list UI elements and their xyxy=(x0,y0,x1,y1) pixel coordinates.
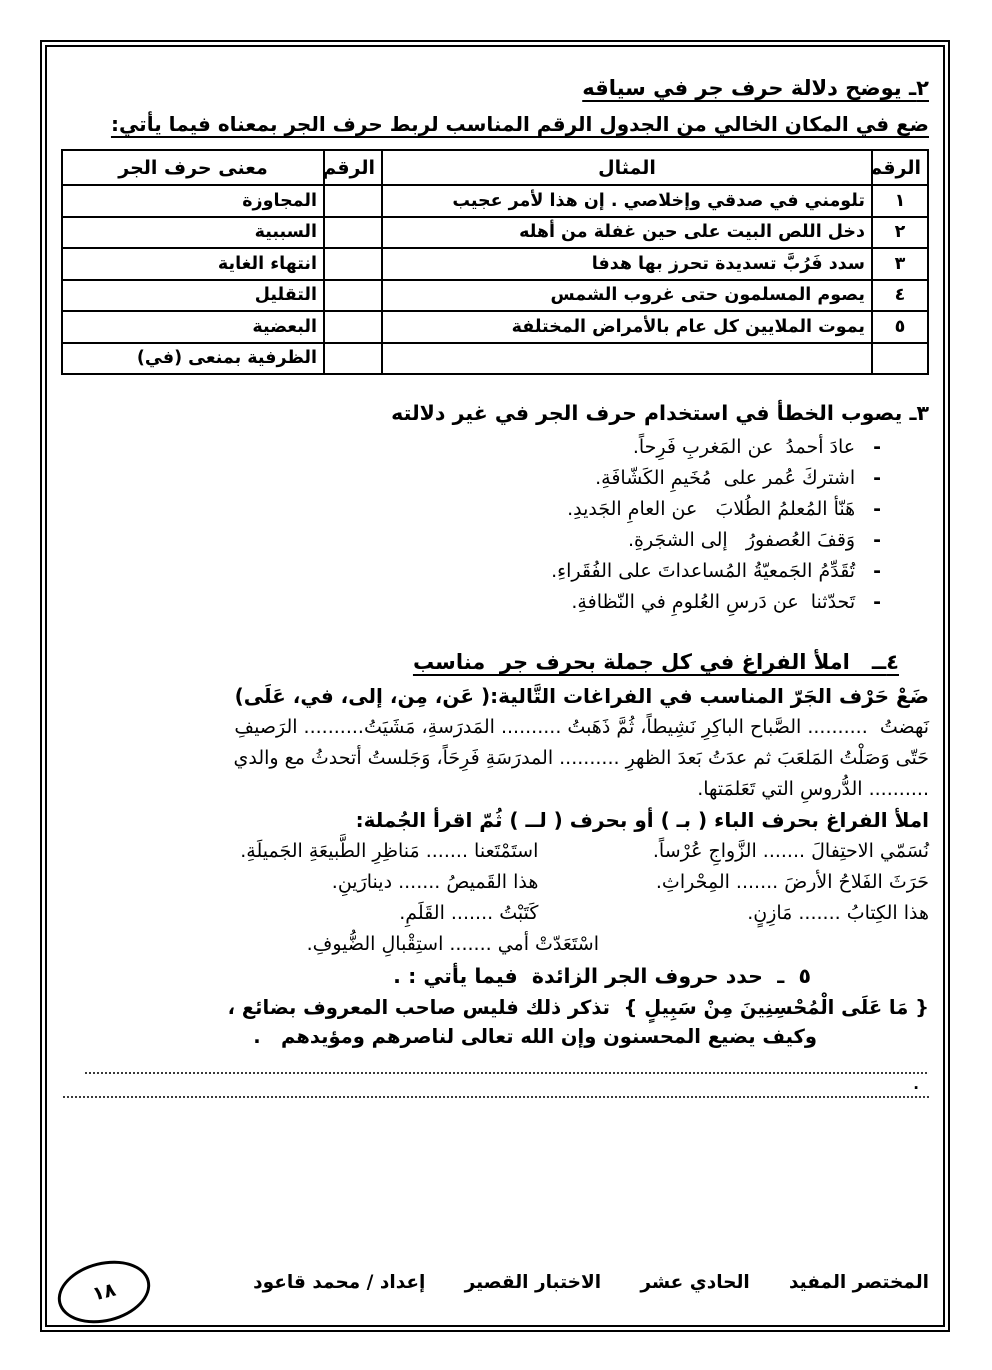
cell-number xyxy=(872,343,928,375)
cell-number: ٤ xyxy=(872,280,928,312)
section2-instruction: ضع في المكان الخالي من الجدول الرقم المن… xyxy=(61,108,929,141)
cell-answer-blank xyxy=(324,217,382,249)
fill-pair-row: نُسَمّي الاحتِفالَ ....... الزَّواجِ عُر… xyxy=(61,836,929,867)
cell-example: يموت الملايين كل عام بالأمراض المختلفة xyxy=(382,311,872,343)
fill-paragraph-line: حَتّى وَصَلْتُ المَلعَبَ ثم عدَتُ بَعدَ … xyxy=(61,743,929,774)
list-item: - عادَ أحمدُ عن المَغربِ فَرِحاً. xyxy=(61,432,881,463)
footer-item-series: المختصر المفيد xyxy=(789,1272,929,1293)
cell-meaning: التقليل xyxy=(62,280,324,312)
cell-number: ٣ xyxy=(872,248,928,280)
cell-answer-blank xyxy=(324,280,382,312)
cell-example xyxy=(382,343,872,375)
fill-sentence: اسْتَعَدّتْ أمي ....... استِقْبالِ الضُّ… xyxy=(61,929,599,959)
col-header-answer-number: الرقم xyxy=(324,150,382,185)
fill-sentence: نُسَمّي الاحتِفالَ ....... الزَّواجِ عُر… xyxy=(653,836,929,867)
section3-list: - عادَ أحمدُ عن المَغربِ فَرِحاً. - اشتر… xyxy=(61,432,929,618)
dash-marker: - xyxy=(873,494,881,525)
list-item-text: وَقفَ العُصفورُ إلى الشجَرةِ. xyxy=(628,525,855,556)
list-item-text: اشتركَ عُمر على مُخَيمِ الكَشّافَةِ. xyxy=(595,463,855,494)
list-item: - وَقفَ العُصفورُ إلى الشجَرةِ. xyxy=(61,525,881,556)
list-item-text: تُقَدِّمُ الجَمعيّةُ المُساعداتَ على الف… xyxy=(551,556,855,587)
fill-sentence: هذا الكِتابُ ....... مَازِنٍ. xyxy=(747,898,929,929)
fill-sentence: حَرَثَ الفَلاحُ الأرضَ ....... المِحْراث… xyxy=(656,867,929,898)
table-row: الظرفية بمنعى (في) xyxy=(62,343,928,375)
dash-marker: - xyxy=(873,463,881,494)
footer-item-author: إعداد / محمد قاعود xyxy=(253,1272,425,1293)
section4-instruction2: املأ الفراغ بحرف الباء ( بـ ) أو بحرف ( … xyxy=(61,805,929,836)
list-item: - هَنّأ المُعلمُ الطُلابَ عن العامِ الجَ… xyxy=(61,494,881,525)
cell-meaning: الظرفية بمنعى (في) xyxy=(62,343,324,375)
page-content: ٢ـ يوضح دلالة حرف جر في سياقه ضع في المك… xyxy=(47,47,943,1325)
cell-answer-blank xyxy=(324,248,382,280)
fill-pair-row: حَرَثَ الفَلاحُ الأرضَ ....... المِحْراث… xyxy=(61,867,929,898)
worksheet-page: { "section2": { "title": "٢ـ يوضح دلالة … xyxy=(0,0,992,1370)
dash-marker: - xyxy=(873,432,881,463)
cell-number: ٢ xyxy=(872,217,928,249)
cell-number: ١ xyxy=(872,185,928,217)
section5-quote-line1: { مَا عَلَى الْمُحْسِنِينَ مِنْ سَبِيلٍ … xyxy=(61,993,929,1022)
preposition-meaning-table: الرقم المثال الرقم معنى حرف الجر ١ تلومن… xyxy=(61,149,929,375)
col-header-meaning: معنى حرف الجر xyxy=(62,150,324,185)
page-border-outer: ٢ـ يوضح دلالة حرف جر في سياقه ضع في المك… xyxy=(40,40,950,1332)
cell-answer-blank xyxy=(324,343,382,375)
dash-marker: - xyxy=(873,587,881,618)
section4-instruction: ضَعْ حَرْف الجَرّ المناسب في الفراغات ال… xyxy=(61,680,929,712)
col-header-example: المثال xyxy=(382,150,872,185)
table-row: ٣ سدد فَرُبَّ تسديدة تحرز بها هدفا انتها… xyxy=(62,248,928,280)
page-border-inner: ٢ـ يوضح دلالة حرف جر في سياقه ضع في المك… xyxy=(45,45,945,1327)
table-row: ١ تلومني في صدقي وإخلاصي . إن هذا لأمر ع… xyxy=(62,185,928,217)
cell-example: سدد فَرُبَّ تسديدة تحرز بها هدفا xyxy=(382,248,872,280)
answer-dot: . xyxy=(61,1074,929,1095)
dash-marker: - xyxy=(873,556,881,587)
cell-meaning: السببية xyxy=(62,217,324,249)
page-number-badge: ١٨ xyxy=(51,1252,157,1333)
table-row: ٤ يصوم المسلمون حتى غروب الشمس التقليل xyxy=(62,280,928,312)
section5-title: ٥ ـ حدد حروف الجر الزائدة فيما يأتي : . xyxy=(61,961,929,991)
cell-example: تلومني في صدقي وإخلاصي . إن هذا لأمر عجي… xyxy=(382,185,872,217)
answer-dotted-line xyxy=(63,1096,929,1098)
cell-answer-blank xyxy=(324,311,382,343)
cell-example: يصوم المسلمون حتى غروب الشمس xyxy=(382,280,872,312)
cell-answer-blank xyxy=(324,185,382,217)
dash-marker: - xyxy=(873,525,881,556)
list-item: - اشتركَ عُمر على مُخَيمِ الكَشّافَةِ. xyxy=(61,463,881,494)
cell-meaning: المجاوزة xyxy=(62,185,324,217)
page-number: ١٨ xyxy=(90,1279,118,1306)
table-header-row: الرقم المثال الرقم معنى حرف الجر xyxy=(62,150,928,185)
fill-sentence: هذا القَميصُ ....... دينارَينِ. xyxy=(61,867,538,898)
cell-meaning: انتهاء الغاية xyxy=(62,248,324,280)
list-item-text: هَنّأ المُعلمُ الطُلابَ عن العامِ الجَدي… xyxy=(567,494,855,525)
table-row: ٥ يموت الملايين كل عام بالأمراض المختلفة… xyxy=(62,311,928,343)
page-footer: المختصر المفيد الحادي عشر الاختبار القصي… xyxy=(253,1272,943,1293)
list-item: - تُقَدِّمُ الجَمعيّةُ المُساعداتَ على ا… xyxy=(61,556,881,587)
footer-item-grade: الحادي عشر xyxy=(640,1272,749,1293)
section5-quote-line2: وكيف يضيع المحسنون وإن الله تعالى لناصره… xyxy=(61,1022,929,1051)
fill-sentence: كَتَبْتُ ....... القَلَمِ. xyxy=(61,898,538,929)
col-header-number: الرقم xyxy=(872,150,928,185)
fill-pair-row: هذا الكِتابُ ....... مَازِنٍ. كَتَبْتُ .… xyxy=(61,898,929,929)
fill-sentence: استَمْتَعنا ....... مَناظِرِ الطَّبيعَةِ… xyxy=(61,836,538,867)
section3-title: ٣ـ يصوب الخطأ في استخدام حرف الجر في غير… xyxy=(61,398,929,428)
footer-item-exam: الاختبار القصير xyxy=(465,1272,601,1293)
cell-number: ٥ xyxy=(872,311,928,343)
section4-title: ٤ــ املأ الفراغ في كل جملة بحرف جر مناسب xyxy=(61,646,929,678)
fill-paragraph-line: .......... الدُّروسِ التي تَعَلمَتها. xyxy=(61,774,929,805)
section2-title: ٢ـ يوضح دلالة حرف جر في سياقه xyxy=(61,73,929,103)
list-item-text: تَحدّثنا عن دَرسِ العُلومِ في النّظافةِ. xyxy=(571,587,855,618)
cell-meaning: البعضية xyxy=(62,311,324,343)
cell-example: دخل اللص البيت على حين غفلة من أهله xyxy=(382,217,872,249)
list-item-text: عادَ أحمدُ عن المَغربِ فَرِحاً. xyxy=(633,432,855,463)
list-item: - تَحدّثنا عن دَرسِ العُلومِ في النّظافة… xyxy=(61,587,881,618)
fill-paragraph-line: نَهضتُ .......... الصَّباح الباكِرِ نَشِ… xyxy=(61,712,929,743)
table-row: ٢ دخل اللص البيت على حين غفلة من أهله ال… xyxy=(62,217,928,249)
